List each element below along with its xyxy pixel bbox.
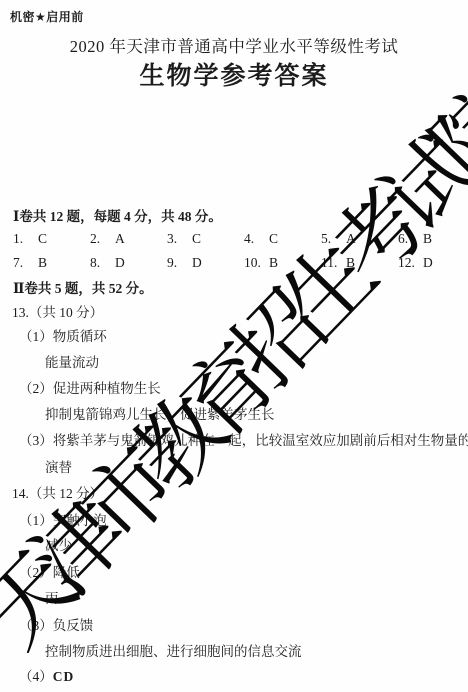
answer-letter: D: [115, 255, 125, 270]
q13-part2-line1: （2）促进两种植物生长: [19, 381, 161, 398]
answer-letter: B: [38, 255, 47, 270]
answer-number: 5.: [321, 231, 346, 247]
part-label: （1）: [19, 329, 53, 346]
answer-text: 促进两种植物生长: [53, 381, 161, 396]
answer-letter: A: [115, 231, 125, 246]
part-label: （4）: [19, 669, 53, 686]
doc-title: 生物学参考答案: [0, 61, 468, 92]
classification-label: 机密★启用前: [10, 10, 84, 25]
answer-item: 2.A: [90, 231, 167, 247]
answer-number: 6.: [398, 231, 423, 247]
q14-part1-line1: （1）突触小泡: [19, 513, 107, 530]
answer-text: 突触小泡: [53, 513, 107, 528]
answer-text: 物质循环: [53, 329, 107, 344]
answer-item: 8.D: [90, 255, 167, 271]
answer-letter: B: [346, 255, 355, 270]
answer-number: 8.: [90, 255, 115, 271]
answer-item: 9.D: [167, 255, 244, 271]
answer-number: 10.: [244, 255, 269, 271]
answer-letter: C: [38, 231, 47, 246]
part-label: （3）: [19, 618, 53, 635]
answer-text: 将紫羊茅与鬼箭锦鸡儿种在一起，比较温室效应加剧前后相对生物量的变化: [53, 433, 468, 448]
answer-text: CD: [53, 669, 75, 684]
question-13-header: 13.（共 10 分）: [12, 305, 103, 322]
answer-letter: B: [423, 231, 432, 246]
answer-item: 5.A: [321, 231, 398, 247]
answer-number: 1.: [13, 231, 38, 247]
answer-text: 负反馈: [53, 618, 94, 633]
answer-item: 1.C: [13, 231, 90, 247]
q14-part3-line1: （3）负反馈: [19, 618, 93, 635]
q14-part2-line2: 丙: [45, 591, 59, 608]
section1-heading: Ⅰ卷共 12 题，每题 4 分，共 48 分。: [13, 209, 222, 226]
q13-part2-line2: 抑制鬼箭锦鸡儿生长，促进紫羊茅生长: [45, 407, 275, 424]
section2-heading: Ⅱ卷共 5 题，共 52 分。: [13, 281, 153, 298]
answer-number: 4.: [244, 231, 269, 247]
answer-letter: D: [423, 255, 433, 270]
q14-part4-line1: （4）CD: [19, 669, 74, 686]
answer-item: 12.D: [398, 255, 468, 271]
answer-text: 降低: [53, 565, 80, 580]
document-page: 机密★启用前 2020 年天津市普通高中学业水平等级性考试 生物学参考答案 天津…: [0, 0, 468, 692]
part-label: （2）: [19, 381, 53, 398]
answer-letter: C: [192, 231, 201, 246]
exam-title: 2020 年天津市普通高中学业水平等级性考试: [0, 37, 468, 58]
answer-item: 11.B: [321, 255, 398, 271]
answer-item: 7.B: [13, 255, 90, 271]
question-14-header: 14.（共 12 分）: [12, 486, 103, 503]
answer-item: 6.B: [398, 231, 468, 247]
q14-part2-line1: （2）降低: [19, 565, 80, 582]
answer-letter: B: [269, 255, 278, 270]
q13-part1-line2: 能量流动: [45, 355, 99, 372]
q14-part1-line2: 减少: [45, 538, 72, 555]
q13-part3-line1: （3）将紫羊茅与鬼箭锦鸡儿种在一起，比较温室效应加剧前后相对生物量的变化: [19, 433, 468, 450]
answer-row-1: 1.C 2.A 3.C 4.C 5.A 6.B: [13, 231, 468, 247]
answer-row-2: 7.B 8.D 9.D 10.B 11.B 12.D: [13, 255, 468, 271]
q13-part1-line1: （1）物质循环: [19, 329, 107, 346]
part-label: （2）: [19, 565, 53, 582]
answer-letter: A: [346, 231, 356, 246]
answer-letter: D: [192, 255, 202, 270]
part-label: （3）: [19, 433, 53, 450]
answer-item: 10.B: [244, 255, 321, 271]
answer-number: 3.: [167, 231, 192, 247]
part-label: （1）: [19, 513, 53, 530]
answer-number: 11.: [321, 255, 346, 271]
answer-item: 3.C: [167, 231, 244, 247]
q14-part3-line2: 控制物质进出细胞、进行细胞间的信息交流: [45, 644, 302, 661]
answer-number: 9.: [167, 255, 192, 271]
answer-number: 12.: [398, 255, 423, 271]
answer-number: 2.: [90, 231, 115, 247]
answer-number: 7.: [13, 255, 38, 271]
answer-item: 4.C: [244, 231, 321, 247]
answer-letter: C: [269, 231, 278, 246]
q13-part3-line2: 演替: [45, 460, 72, 477]
